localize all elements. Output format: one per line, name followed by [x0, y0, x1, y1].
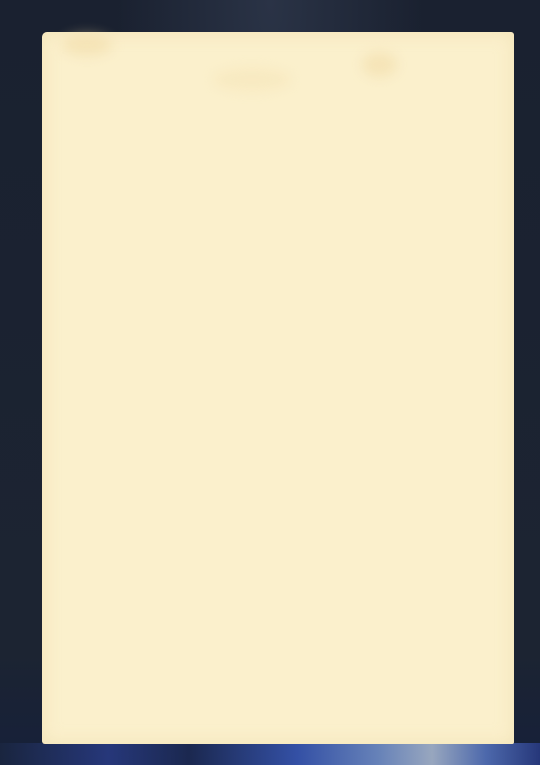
stain — [62, 34, 112, 56]
blank-card — [42, 32, 514, 744]
scanner-glare — [0, 743, 540, 765]
stain — [212, 67, 292, 92]
stain — [362, 52, 397, 77]
